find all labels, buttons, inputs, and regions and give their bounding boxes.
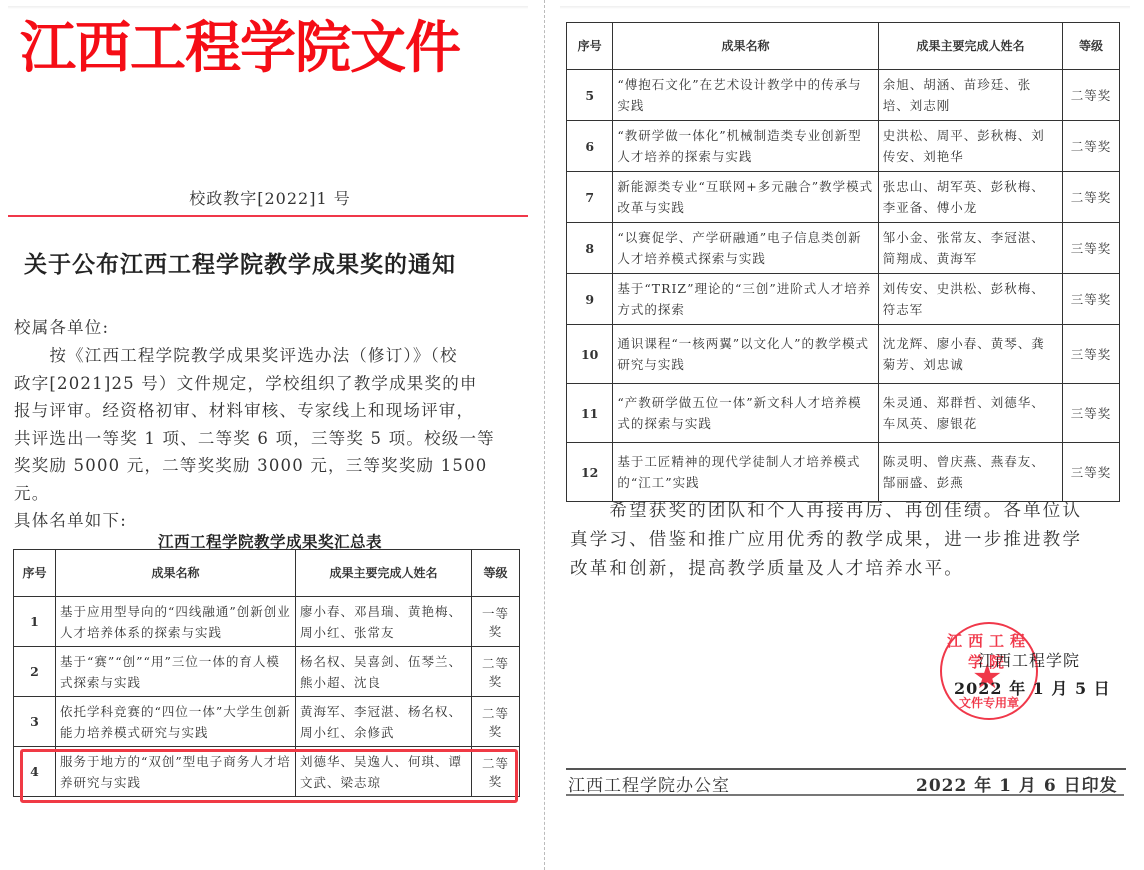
official-seal: 江西工程学院 ★ 文件专用章	[940, 622, 1038, 720]
signature-date: 2022 年 1 月 5 日	[954, 676, 1111, 699]
closing-line: 希望获奖的团队和个人再接再厉、再创佳绩。各单位认	[570, 497, 1130, 526]
cell-name: “教研学做一体化”机械制造类专业创新型人才培养的探索与实践	[613, 121, 878, 172]
cell-name: “傅抱石文化”在艺术设计教学中的传承与实践	[613, 70, 878, 121]
cell-people: 陈灵明、曾庆燕、燕春友、郜丽盛、彭燕	[878, 443, 1062, 502]
paragraph-line: 共评选出一等奖 1 项、二等奖 6 项，三等奖 5 项。校级一等	[14, 425, 514, 453]
cell-grade: 三等奖	[1063, 443, 1120, 502]
red-divider-line	[8, 215, 528, 217]
cell-name: 基于“TRIZ”理论的“三创”进阶式人才培养方式的探索	[613, 274, 878, 325]
table-row: 12 基于工匠精神的现代学徒制人才培养模式的“江工”实践 陈灵明、曾庆燕、燕春友…	[567, 443, 1120, 502]
table-row: 6 “教研学做一体化”机械制造类专业创新型人才培养的探索与实践 史洪松、周平、彭…	[567, 121, 1120, 172]
cell-people: 刘传安、史洪松、彭秋梅、符志军	[878, 274, 1062, 325]
table-row: 8 “以赛促学、产学研融通”电子信息类创新人才培养模式探索与实践 邹小金、张常友…	[567, 223, 1120, 274]
footer-rule-bottom	[566, 794, 1124, 796]
cell-people: 杨名权、吴喜剑、伍琴兰、熊小超、沈良	[296, 647, 472, 697]
cell-name: 基于“赛”“创”“用”三位一体的育人模式探索与实践	[56, 647, 296, 697]
cell-no: 9	[567, 274, 613, 325]
table-row: 1 基于应用型导向的“四线融通”创新创业人才培养体系的探索与实践 廖小春、邓昌瑞…	[14, 597, 520, 647]
document-header: 江西工程学院文件	[20, 18, 520, 78]
cell-grade: 二等奖	[472, 647, 520, 697]
cell-people: 邹小金、张常友、李冠湛、简翔成、黄海军	[878, 223, 1062, 274]
cell-name: 新能源类专业“互联网+多元融合”教学模式改革与实践	[613, 172, 878, 223]
table-row: 7 新能源类专业“互联网+多元融合”教学模式改革与实践 张忠山、胡军英、彭秋梅、…	[567, 172, 1120, 223]
page-divider	[544, 0, 545, 870]
header-no: 序号	[14, 550, 56, 597]
cell-grade: 二等奖	[1063, 121, 1120, 172]
table-row: 2 基于“赛”“创”“用”三位一体的育人模式探索与实践 杨名权、吴喜剑、伍琴兰、…	[14, 647, 520, 697]
salutation: 校属各单位:	[14, 314, 514, 342]
cell-no: 10	[567, 325, 613, 384]
cell-grade: 二等奖	[1063, 172, 1120, 223]
cell-people: 黄海军、李冠湛、杨名权、周小红、余修武	[296, 697, 472, 747]
cell-grade: 二等奖	[472, 697, 520, 747]
cell-no: 2	[14, 647, 56, 697]
cell-grade: 三等奖	[1063, 325, 1120, 384]
cell-people: 余旭、胡涵、苗珍廷、张培、刘志刚	[878, 70, 1062, 121]
cell-grade: 二等奖	[1063, 70, 1120, 121]
page-edge	[560, 6, 1130, 9]
table-row: 10 通识课程“一核两翼”以文化人”的教学模式研究与实践 沈龙辉、廖小春、黄琴、…	[567, 325, 1120, 384]
cell-grade: 一等奖	[472, 597, 520, 647]
header-grade: 等级	[1063, 23, 1120, 70]
cell-name: 依托学科竞赛的“四位一体”大学生创新能力培养模式研究与实践	[56, 697, 296, 747]
document-number: 校政教字[2022]1 号	[0, 186, 540, 209]
header-no: 序号	[567, 23, 613, 70]
awards-table-part-2: 序号 成果名称 成果主要完成人姓名 等级 5 “傅抱石文化”在艺术设计教学中的传…	[566, 22, 1120, 502]
cell-name: “产教研学做五位一体”新文科人才培养模式的探索与实践	[613, 384, 878, 443]
header-name: 成果名称	[613, 23, 878, 70]
paragraph-line: 奖奖励 5000 元，二等奖奖励 3000 元，三等奖奖励 1500 元。	[14, 452, 514, 507]
cell-name: 基于工匠精神的现代学徒制人才培养模式的“江工”实践	[613, 443, 878, 502]
table-header-row: 序号 成果名称 成果主要完成人姓名 等级	[14, 550, 520, 597]
header-name: 成果名称	[56, 550, 296, 597]
table-header-row: 序号 成果名称 成果主要完成人姓名 等级	[567, 23, 1120, 70]
paragraph-line: 按《江西工程学院教学成果奖评选办法（修订）》（校	[14, 342, 514, 370]
closing-line: 改革和创新，提高教学质量及人才培养水平。	[570, 555, 1130, 584]
paragraph-line: 报与评审。经资格初审、材料审核、专家线上和现场评审，	[14, 397, 514, 425]
issue-date: 2022 年 1 月 6 日印发	[916, 771, 1118, 796]
body-paragraph: 按《江西工程学院教学成果奖评选办法（修订）》（校 政字[2021]25 号）文件…	[14, 342, 514, 535]
table-row: 11 “产教研学做五位一体”新文科人才培养模式的探索与实践 朱灵通、郑群哲、刘德…	[567, 384, 1120, 443]
cell-no: 7	[567, 172, 613, 223]
cell-people: 朱灵通、郑群哲、刘德华、车凤英、廖银花	[878, 384, 1062, 443]
table-row: 3 依托学科竞赛的“四位一体”大学生创新能力培养模式研究与实践 黄海军、李冠湛、…	[14, 697, 520, 747]
highlight-box	[20, 749, 518, 803]
document-title: 关于公布江西工程学院教学成果奖的通知	[24, 246, 456, 279]
table-row: 5 “傅抱石文化”在艺术设计教学中的传承与实践 余旭、胡涵、苗珍廷、张培、刘志刚…	[567, 70, 1120, 121]
cell-no: 1	[14, 597, 56, 647]
cell-name: 通识课程“一核两翼”以文化人”的教学模式研究与实践	[613, 325, 878, 384]
footer-rule-top	[566, 768, 1126, 770]
cell-no: 3	[14, 697, 56, 747]
paragraph-line: 政字[2021]25 号）文件规定，学校组织了教学成果奖的申	[14, 370, 514, 398]
cell-no: 12	[567, 443, 613, 502]
cell-no: 6	[567, 121, 613, 172]
cell-people: 沈龙辉、廖小春、黄琴、龚菊芳、刘忠诚	[878, 325, 1062, 384]
issuing-office: 江西工程学院办公室	[568, 771, 730, 796]
document-page-2: 序号 成果名称 成果主要完成人姓名 等级 5 “傅抱石文化”在艺术设计教学中的传…	[548, 0, 1144, 870]
header-people: 成果主要完成人姓名	[296, 550, 472, 597]
cell-people: 张忠山、胡军英、彭秋梅、李亚备、傅小龙	[878, 172, 1062, 223]
header-grade: 等级	[472, 550, 520, 597]
cell-people: 史洪松、周平、彭秋梅、刘传安、刘艳华	[878, 121, 1062, 172]
cell-no: 11	[567, 384, 613, 443]
document-page-1: 江西工程学院文件 校政教字[2022]1 号 关于公布江西工程学院教学成果奖的通…	[0, 0, 540, 870]
closing-line: 真学习、借鉴和推广应用优秀的教学成果，进一步推进教学	[570, 526, 1130, 555]
signature-organization: 江西工程学院	[978, 648, 1080, 671]
closing-paragraph: 希望获奖的团队和个人再接再厉、再创佳绩。各单位认 真学习、借鉴和推广应用优秀的教…	[570, 497, 1130, 584]
cell-name: “以赛促学、产学研融通”电子信息类创新人才培养模式探索与实践	[613, 223, 878, 274]
cell-grade: 三等奖	[1063, 274, 1120, 325]
cell-grade: 三等奖	[1063, 384, 1120, 443]
page-edge	[8, 6, 528, 9]
cell-no: 8	[567, 223, 613, 274]
header-people: 成果主要完成人姓名	[878, 23, 1062, 70]
cell-name: 基于应用型导向的“四线融通”创新创业人才培养体系的探索与实践	[56, 597, 296, 647]
cell-people: 廖小春、邓昌瑞、黄艳梅、周小红、张常友	[296, 597, 472, 647]
cell-grade: 三等奖	[1063, 223, 1120, 274]
cell-no: 5	[567, 70, 613, 121]
table-row: 9 基于“TRIZ”理论的“三创”进阶式人才培养方式的探索 刘传安、史洪松、彭秋…	[567, 274, 1120, 325]
